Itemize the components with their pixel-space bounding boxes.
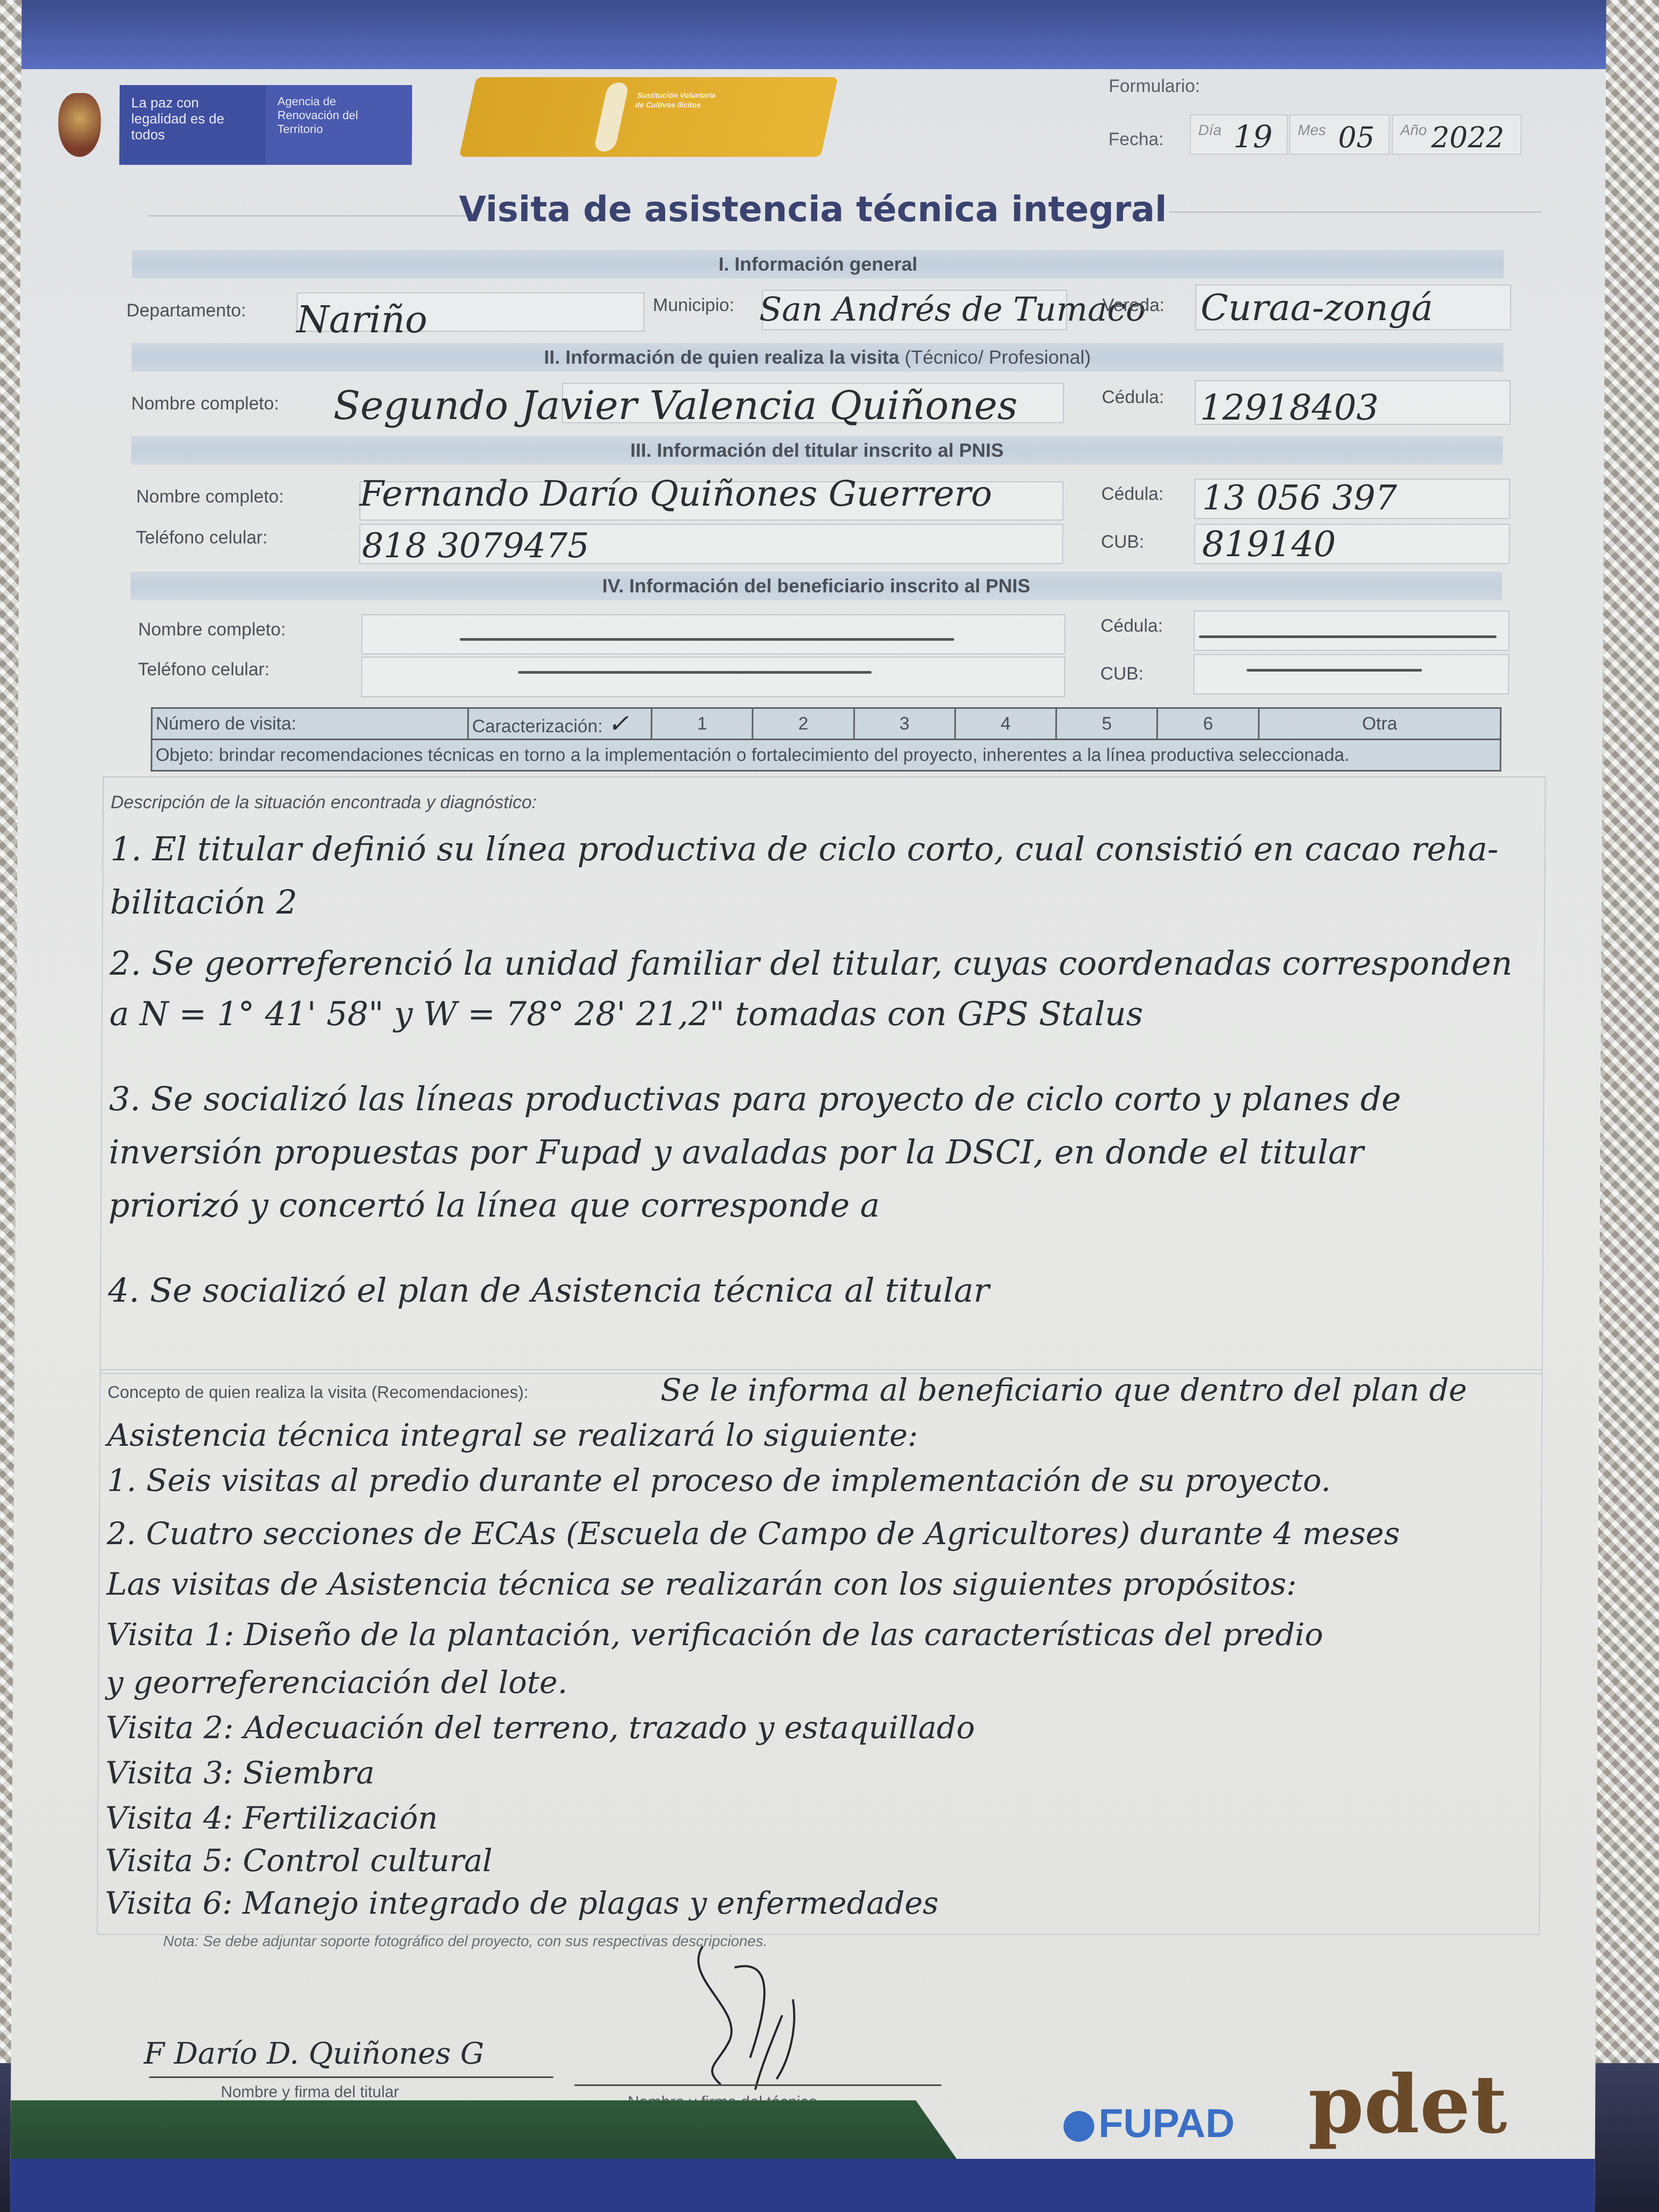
tecnico-cedula-value: 12918403 bbox=[1200, 387, 1379, 428]
titular-cub-value: 819140 bbox=[1202, 524, 1336, 565]
form-sheet: La paz con legalidad es de todos Agencia… bbox=[10, 0, 1606, 2212]
concepto-line-2: 1. Seis visitas al predio durante el pro… bbox=[107, 1462, 1331, 1498]
logo-paz-text: La paz con legalidad es de todos bbox=[119, 85, 266, 165]
diagnostico-line-2: bilitación 2 bbox=[110, 883, 297, 921]
municipio-value: San Andrés de Tumaco bbox=[759, 290, 1146, 329]
concepto-line-8: Visita 3: Siembra bbox=[105, 1755, 374, 1791]
top-color-band bbox=[21, 0, 1606, 69]
titular-cub-label: CUB: bbox=[1101, 532, 1144, 552]
dia-label: Día bbox=[1199, 122, 1222, 139]
visit-option-5[interactable]: 5 bbox=[1056, 708, 1158, 740]
fecha-label: Fecha: bbox=[1108, 129, 1163, 150]
beneficiario-nombre-strike bbox=[460, 638, 954, 641]
concepto-line-1: Asistencia técnica integral se realizará… bbox=[107, 1417, 918, 1453]
footer-blue-band bbox=[10, 2159, 1595, 2212]
departamento-value: Nariño bbox=[297, 298, 428, 341]
beneficiario-telefono-strike bbox=[518, 671, 872, 674]
fecha-anio-field[interactable]: Año 2022 bbox=[1392, 114, 1521, 155]
titular-signature-line[interactable] bbox=[149, 2076, 553, 2078]
colombia-coat-of-arms-logo bbox=[58, 93, 101, 157]
concepto-line-7: Visita 2: Adecuación del terreno, trazad… bbox=[106, 1710, 975, 1746]
check-mark-icon: ✓ bbox=[608, 709, 630, 739]
logo-art-text: Agencia de Renovación del Territorio bbox=[265, 85, 412, 165]
caracterizacion-label: Caracterización: bbox=[472, 716, 603, 736]
diagnostico-line-7: priorizó y concertó la línea que corresp… bbox=[108, 1186, 880, 1225]
concepto-line-3: 2. Cuatro secciones de ECAs (Escuela de … bbox=[107, 1515, 1400, 1552]
title-rule-right bbox=[1169, 212, 1541, 213]
dia-value: 19 bbox=[1233, 119, 1272, 155]
concepto-line-10: Visita 5: Control cultural bbox=[105, 1842, 492, 1879]
fecha-mes-field[interactable]: Mes 05 bbox=[1289, 114, 1389, 155]
titular-signature-caption: Nombre y firma del titular bbox=[221, 2083, 399, 2101]
tecnico-nombre-value: Segundo Javier Valencia Quiñones bbox=[333, 383, 1018, 429]
concepto-line-6: y georreferenciación del lote. bbox=[106, 1664, 567, 1700]
section-4-heading: IV. Información del beneficiario inscrit… bbox=[130, 572, 1502, 600]
titular-telefono-value: 818 3079475 bbox=[362, 526, 589, 566]
beneficiario-nombre-field[interactable] bbox=[361, 614, 1065, 655]
formulario-label: Formulario: bbox=[1109, 76, 1200, 97]
government-logo-block: La paz con legalidad es de todos Agencia… bbox=[119, 85, 412, 165]
vereda-value: Curaa-zongá bbox=[1201, 287, 1433, 329]
diagnostico-label: Descripción de la situación encontrada y… bbox=[111, 792, 537, 813]
diagnostico-line-3: 2. Se georreferenció la unidad familiar … bbox=[110, 944, 1512, 983]
visit-option-1[interactable]: 1 bbox=[651, 708, 753, 740]
caracterizacion-option[interactable]: Caracterización: ✓ bbox=[468, 708, 651, 740]
tecnico-signature-line[interactable] bbox=[574, 2084, 941, 2086]
pdet-logo: pdet bbox=[1308, 2058, 1507, 2151]
tecnico-cedula-label: Cédula: bbox=[1102, 387, 1164, 408]
diagnostico-line-8: 4. Se socializó el plan de Asistencia té… bbox=[108, 1271, 990, 1310]
mes-value: 05 bbox=[1338, 121, 1375, 154]
titular-nombre-value: Fernando Darío Quiñones Guerrero bbox=[359, 473, 992, 514]
municipio-label: Municipio: bbox=[653, 295, 734, 316]
mes-label: Mes bbox=[1298, 122, 1326, 139]
visit-option-2[interactable]: 2 bbox=[752, 708, 854, 740]
section-2-heading: II. Información de quien realiza la visi… bbox=[131, 343, 1503, 372]
anio-label: Año bbox=[1401, 122, 1427, 139]
fupad-logo: FUPAD bbox=[1063, 2100, 1235, 2147]
beneficiario-nombre-label: Nombre completo: bbox=[138, 619, 286, 640]
titular-telefono-label: Teléfono celular: bbox=[136, 527, 267, 548]
section-2-heading-text: II. Información de quien realiza la visi… bbox=[544, 346, 899, 368]
section-3-heading: III. Información del titular inscrito al… bbox=[131, 436, 1503, 465]
pnis-logo: Sustitución Voluntaria de Cultivos Ilíci… bbox=[459, 77, 838, 157]
concepto-line-5: Visita 1: Diseño de la plantación, verif… bbox=[106, 1616, 1323, 1653]
beneficiario-cedula-field[interactable] bbox=[1193, 610, 1509, 651]
visit-number-table: Número de visita: Caracterización: ✓ 1 2… bbox=[150, 707, 1502, 772]
visit-option-4[interactable]: 4 bbox=[955, 708, 1057, 740]
concepto-line-11: Visita 6: Manejo integrado de plagas y e… bbox=[105, 1885, 939, 1921]
beneficiario-cub-label: CUB: bbox=[1100, 664, 1143, 684]
section-2-heading-sub: (Técnico/ Profesional) bbox=[904, 346, 1091, 368]
numero-visita-label: Número de visita: bbox=[152, 708, 468, 740]
concepto-first-line: Se le informa al beneficiario que dentro… bbox=[660, 1372, 1467, 1408]
fecha-dia-field[interactable]: Día 19 bbox=[1189, 114, 1287, 155]
scroll-icon bbox=[593, 82, 630, 152]
concepto-label: Concepto de quien realiza la visita (Rec… bbox=[107, 1382, 529, 1402]
beneficiario-cub-strike bbox=[1246, 669, 1422, 672]
visit-option-6[interactable]: 6 bbox=[1158, 708, 1259, 740]
titular-signature: F Darío D. Quiñones G bbox=[144, 2037, 484, 2071]
beneficiario-cedula-label: Cédula: bbox=[1101, 616, 1163, 636]
diagnostico-line-5: 3. Se socializó las líneas productivas p… bbox=[109, 1079, 1401, 1118]
diagnostico-line-4: a N = 1° 41' 58" y W = 78° 28' 21,2" tom… bbox=[110, 994, 1143, 1033]
tecnico-signature bbox=[670, 1935, 894, 2106]
visit-option-otra[interactable]: Otra bbox=[1259, 708, 1501, 740]
anio-value: 2022 bbox=[1431, 121, 1504, 154]
pnis-logo-text: Sustitución Voluntaria de Cultivos Ilíci… bbox=[634, 90, 724, 110]
beneficiario-cedula-strike bbox=[1199, 635, 1497, 638]
beneficiario-cub-field[interactable] bbox=[1193, 654, 1509, 694]
diagnostico-line-6: inversión propuestas por Fupad y avalada… bbox=[108, 1133, 1363, 1171]
concepto-line-4: Las visitas de Asistencia técnica se rea… bbox=[106, 1566, 1297, 1602]
titular-cedula-value: 13 056 397 bbox=[1202, 479, 1397, 518]
titular-nombre-label: Nombre completo: bbox=[136, 487, 284, 507]
beneficiario-telefono-label: Teléfono celular: bbox=[138, 659, 270, 680]
fupad-logo-text: FUPAD bbox=[1099, 2101, 1235, 2146]
form-title: Visita de asistencia técnica integral bbox=[21, 189, 1605, 230]
visit-option-3[interactable]: 3 bbox=[854, 708, 956, 740]
beneficiario-telefono-field[interactable] bbox=[361, 657, 1065, 697]
globe-icon bbox=[1063, 2111, 1094, 2142]
tecnico-nombre-label: Nombre completo: bbox=[131, 393, 279, 414]
diagnostico-line-1: 1. El titular definió su línea productiv… bbox=[110, 829, 1498, 868]
concepto-line-9: Visita 4: Fertilización bbox=[105, 1800, 438, 1836]
section-1-heading: I. Información general bbox=[132, 250, 1504, 279]
objeto-text: Objeto: brindar recomendaciones técnicas… bbox=[152, 740, 1501, 771]
titular-cedula-label: Cédula: bbox=[1101, 484, 1163, 505]
vereda-label: Vereda: bbox=[1102, 295, 1164, 316]
departamento-label: Departamento: bbox=[127, 300, 246, 321]
